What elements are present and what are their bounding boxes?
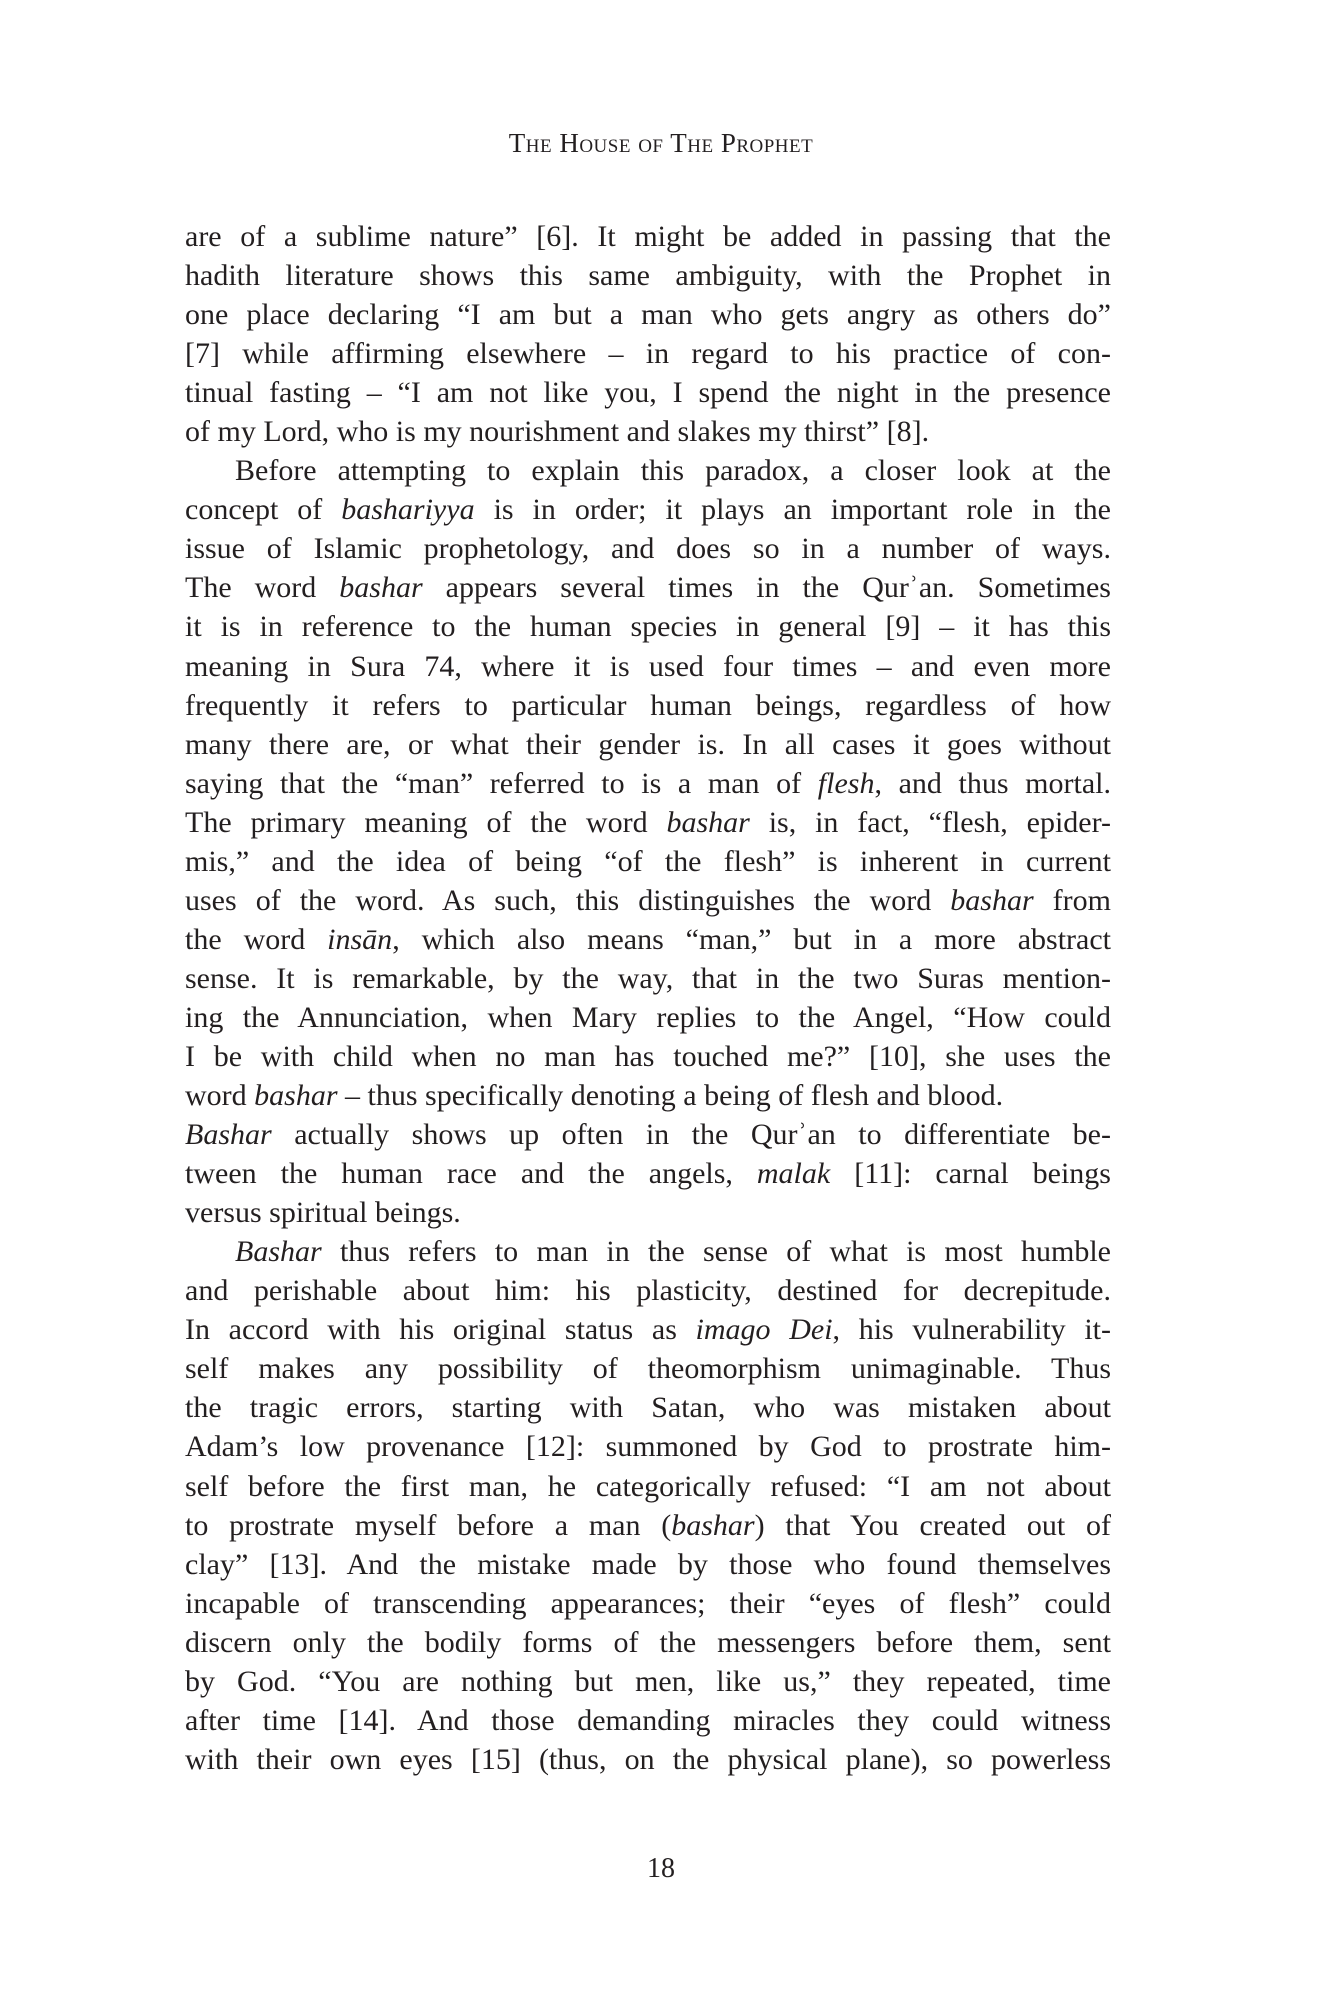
italic-term: bashariyya [341, 493, 474, 526]
text-run: is in order; it plays an important role … [475, 493, 1111, 526]
text-run: many there are, or what their gender is.… [185, 728, 1111, 761]
text-run: Before attempting to explain this parado… [235, 454, 1111, 487]
text-run: and perishable about him: his plasticity… [185, 1274, 1111, 1307]
text-line: it is in reference to the human species … [185, 607, 1111, 646]
text-run: issue of Islamic prophetology, and does … [185, 532, 1111, 565]
page-number: 18 [0, 1853, 1322, 1885]
text-run: [7] while affirming elsewhere – in regar… [185, 337, 1111, 370]
text-run: thus refers to man in the sense of what … [322, 1235, 1111, 1268]
text-line: by God. “You are nothing but men, like u… [185, 1662, 1111, 1701]
text-line: self before the first man, he categorica… [185, 1467, 1111, 1506]
text-line: one place declaring “I am but a man who … [185, 295, 1111, 334]
text-run: appears several times in the Qurʾan. Som… [423, 571, 1111, 604]
italic-term: Bashar [185, 1118, 272, 1151]
italic-term: insān [327, 923, 392, 956]
text-line: saying that the “man” referred to is a m… [185, 764, 1111, 803]
text-run: frequently it refers to particular human… [185, 689, 1111, 722]
text-line: Before attempting to explain this parado… [185, 451, 1111, 490]
text-run: hadith literature shows this same ambigu… [185, 259, 1111, 292]
italic-term: bashar [950, 884, 1033, 917]
text-line: concept of bashariyya is in order; it pl… [185, 490, 1111, 529]
text-line: to prostrate myself before a man (bashar… [185, 1506, 1111, 1545]
text-run: actually shows up often in the Qurʾan to… [272, 1118, 1111, 1151]
text-line: with their own eyes [15] (thus, on the p… [185, 1740, 1111, 1779]
text-run: are of a sublime nature” [6]. It might b… [185, 220, 1111, 253]
italic-term: malak [757, 1157, 830, 1190]
text-line: issue of Islamic prophetology, and does … [185, 529, 1111, 568]
text-run: one place declaring “I am but a man who … [185, 298, 1111, 331]
text-line: clay” [13]. And the mistake made by thos… [185, 1545, 1111, 1584]
text-line: the word insān, which also means “man,” … [185, 920, 1111, 959]
text-line: Bashar actually shows up often in the Qu… [185, 1115, 1111, 1154]
text-line: ing the Annunciation, when Mary replies … [185, 998, 1111, 1037]
text-run: is, in fact, “flesh, epider- [750, 806, 1111, 839]
text-run: , and thus mortal. [874, 767, 1111, 800]
text-line: tinual fasting – “I am not like you, I s… [185, 373, 1111, 412]
text-line: The primary meaning of the word bashar i… [185, 803, 1111, 842]
text-line: after time [14]. And those demanding mir… [185, 1701, 1111, 1740]
text-line: self makes any possibility of theomorphi… [185, 1349, 1111, 1388]
text-run: from [1034, 884, 1111, 917]
text-run: the tragic errors, starting with Satan, … [185, 1391, 1111, 1424]
text-line: incapable of transcending appearances; t… [185, 1584, 1111, 1623]
text-line: The word bashar appears several times in… [185, 568, 1111, 607]
text-run: uses of the word. As such, this distingu… [185, 884, 950, 917]
text-run: The primary meaning of the word [185, 806, 666, 839]
italic-term: bashar [666, 806, 749, 839]
text-run: it is in reference to the human species … [185, 610, 1111, 643]
text-run: word [185, 1079, 254, 1112]
text-run: – thus specifically denoting a being of … [338, 1079, 1004, 1112]
italic-term: Bashar [235, 1235, 322, 1268]
text-line: In accord with his original status as im… [185, 1310, 1111, 1349]
text-run: to prostrate myself before a man ( [185, 1509, 671, 1542]
text-line: Adam’s low provenance [12]: summoned by … [185, 1427, 1111, 1466]
text-run: mis,” and the idea of being “of the fles… [185, 845, 1111, 878]
text-run: clay” [13]. And the mistake made by thos… [185, 1548, 1111, 1581]
text-run: Adam’s low provenance [12]: summoned by … [185, 1430, 1111, 1463]
text-run: The word [185, 571, 339, 604]
text-run: , his vulnerability it- [833, 1313, 1111, 1346]
text-line: word bashar – thus specifically denoting… [185, 1076, 1111, 1115]
text-run: meaning in Sura 74, where it is used fou… [185, 650, 1111, 683]
italic-term: bashar [254, 1079, 337, 1112]
text-run: tinual fasting – “I am not like you, I s… [185, 376, 1111, 409]
text-run: of my Lord, who is my nourishment and sl… [185, 415, 929, 448]
text-line: Bashar thus refers to man in the sense o… [185, 1232, 1111, 1271]
text-line: the tragic errors, starting with Satan, … [185, 1388, 1111, 1427]
text-run: tween the human race and the angels, [185, 1157, 757, 1190]
text-run: the word [185, 923, 327, 956]
text-run: self before the first man, he categorica… [185, 1470, 1111, 1503]
text-line: sense. It is remarkable, by the way, tha… [185, 959, 1111, 998]
text-line: uses of the word. As such, this distingu… [185, 881, 1111, 920]
text-line: hadith literature shows this same ambigu… [185, 256, 1111, 295]
body-text: are of a sublime nature” [6]. It might b… [185, 217, 1111, 1779]
text-run: saying that the “man” referred to is a m… [185, 767, 818, 800]
text-line: I be with child when no man has touched … [185, 1037, 1111, 1076]
text-run: In accord with his original status as [185, 1313, 696, 1346]
text-line: and perishable about him: his plasticity… [185, 1271, 1111, 1310]
text-line: many there are, or what their gender is.… [185, 725, 1111, 764]
italic-term: imago Dei [696, 1313, 833, 1346]
running-head: The House of The Prophet [0, 128, 1322, 159]
text-line: meaning in Sura 74, where it is used fou… [185, 647, 1111, 686]
text-run: , which also means “man,” but in a more … [392, 923, 1111, 956]
text-line: versus spiritual beings. [185, 1193, 1111, 1232]
text-run: concept of [185, 493, 341, 526]
text-line: tween the human race and the angels, mal… [185, 1154, 1111, 1193]
text-run: versus spiritual beings. [185, 1196, 461, 1229]
text-run: sense. It is remarkable, by the way, tha… [185, 962, 1111, 995]
book-page: The House of The Prophet are of a sublim… [0, 0, 1322, 1995]
text-run: self makes any possibility of theomorphi… [185, 1352, 1111, 1385]
text-line: of my Lord, who is my nourishment and sl… [185, 412, 1111, 451]
text-run: incapable of transcending appearances; t… [185, 1587, 1111, 1620]
text-run: ing the Annunciation, when Mary replies … [185, 1001, 1111, 1034]
text-run: I be with child when no man has touched … [185, 1040, 1111, 1073]
text-run: discern only the bodily forms of the mes… [185, 1626, 1111, 1659]
text-line: [7] while affirming elsewhere – in regar… [185, 334, 1111, 373]
text-line: frequently it refers to particular human… [185, 686, 1111, 725]
text-run: with their own eyes [15] (thus, on the p… [185, 1743, 1111, 1776]
text-run: [11]: carnal beings [830, 1157, 1111, 1190]
text-run: after time [14]. And those demanding mir… [185, 1704, 1111, 1737]
text-run: by God. “You are nothing but men, like u… [185, 1665, 1111, 1698]
text-line: are of a sublime nature” [6]. It might b… [185, 217, 1111, 256]
text-line: discern only the bodily forms of the mes… [185, 1623, 1111, 1662]
italic-term: flesh [818, 767, 875, 800]
text-line: mis,” and the idea of being “of the fles… [185, 842, 1111, 881]
text-run: ) that You created out of [755, 1509, 1111, 1542]
italic-term: bashar [671, 1509, 754, 1542]
italic-term: bashar [339, 571, 422, 604]
